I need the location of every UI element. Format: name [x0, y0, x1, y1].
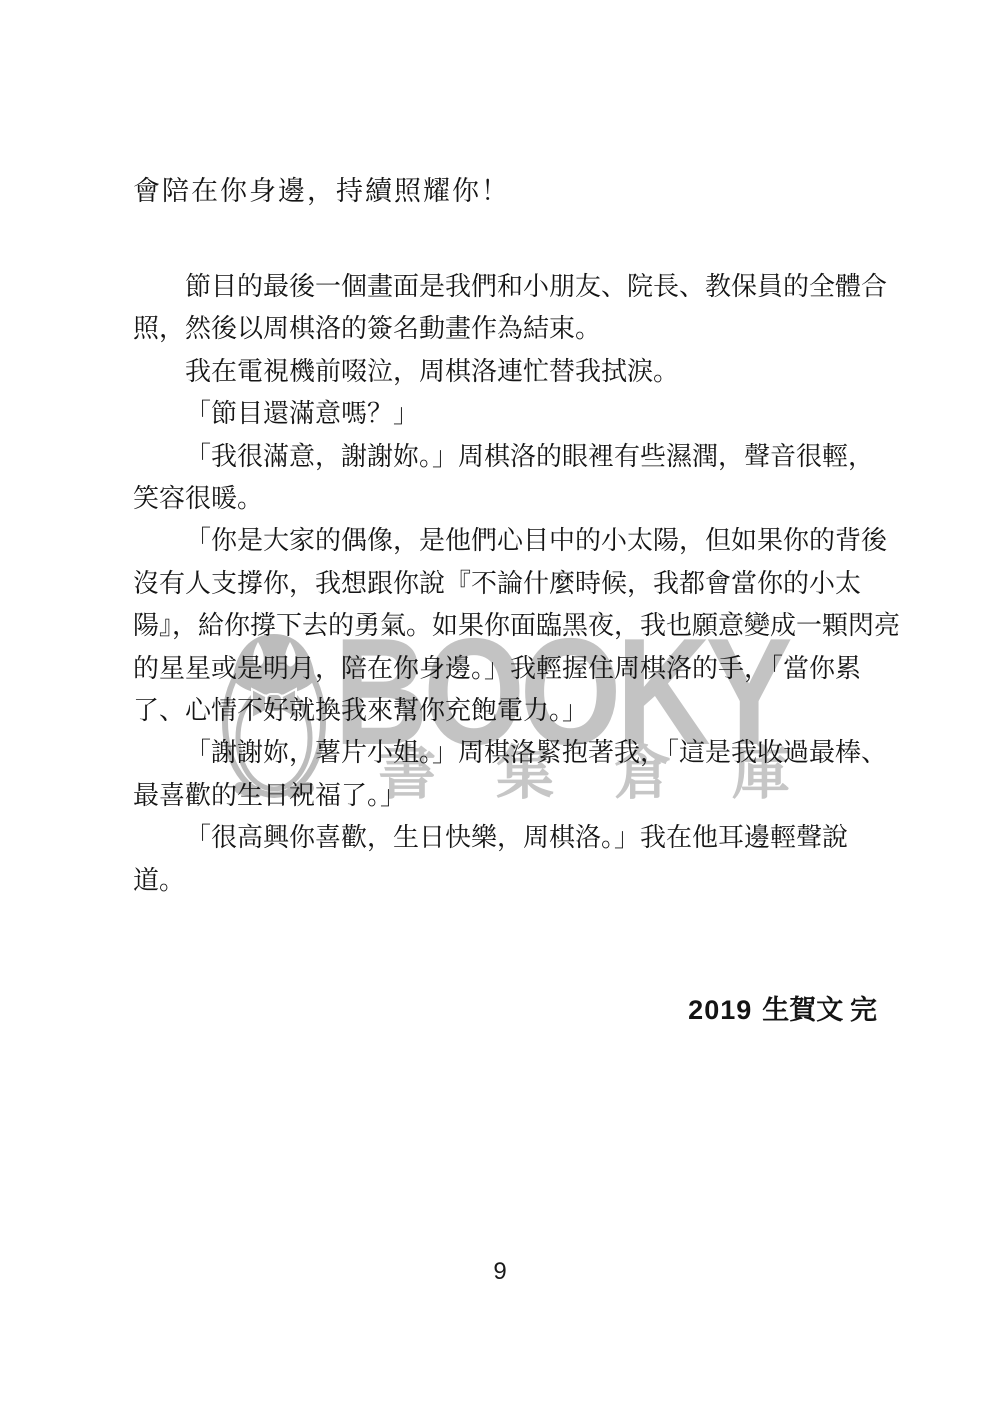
heading-line: 會陪在你身邊，持續照耀你！ [133, 170, 877, 212]
text-line: 「我很滿意，謝謝妳。」周棋洛的眼裡有些濕潤，聲音很輕， [133, 436, 877, 478]
text-line: 節目的最後一個畫面是我們和小朋友、院長、教保員的全體合 [133, 266, 877, 308]
text-line: 道。 [133, 860, 877, 902]
body-text: 節目的最後一個畫面是我們和小朋友、院長、教保員的全體合 照，然後以周棋洛的簽名動… [133, 266, 877, 902]
text-line: 「節目還滿意嗎？」 [133, 393, 877, 435]
completion-note: 2019生賀文 完 [133, 994, 877, 1026]
completion-label: 生賀文 完 [762, 995, 877, 1025]
document-page: BOOKY 書 集 倉 庫 會陪在你身邊，持續照耀你！ 節目的最後一個畫面是我們… [0, 0, 1000, 1419]
text-line: 的星星或是明月，陪在你身邊。」我輕握住周棋洛的手，「當你累 [133, 648, 877, 690]
text-line: 我在電視機前啜泣，周棋洛連忙替我拭淚。 [133, 351, 877, 393]
text-line: 照，然後以周棋洛的簽名動畫作為結束。 [133, 308, 877, 350]
text-line: 「謝謝妳，薯片小姐。」周棋洛緊抱著我，「這是我收過最棒、 [133, 732, 877, 774]
text-line: 「很高興你喜歡，生日快樂，周棋洛。」我在他耳邊輕聲說 [133, 817, 877, 859]
page-content: 會陪在你身邊，持續照耀你！ 節目的最後一個畫面是我們和小朋友、院長、教保員的全體… [133, 170, 877, 1026]
text-line: 沒有人支撐你，我想跟你說『不論什麼時候，我都會當你的小太 [133, 563, 877, 605]
text-line: 了、心情不好就換我來幫你充飽電力。」 [133, 690, 877, 732]
text-line: 「你是大家的偶像，是他們心目中的小太陽，但如果你的背後 [133, 520, 877, 562]
page-number: 9 [0, 1258, 1000, 1286]
text-line: 笑容很暖。 [133, 478, 877, 520]
text-line: 陽』，給你撐下去的勇氣。如果你面臨黑夜，我也願意變成一顆閃亮 [133, 605, 877, 647]
text-line: 最喜歡的生日祝福了。」 [133, 775, 877, 817]
completion-year: 2019 [688, 995, 752, 1025]
